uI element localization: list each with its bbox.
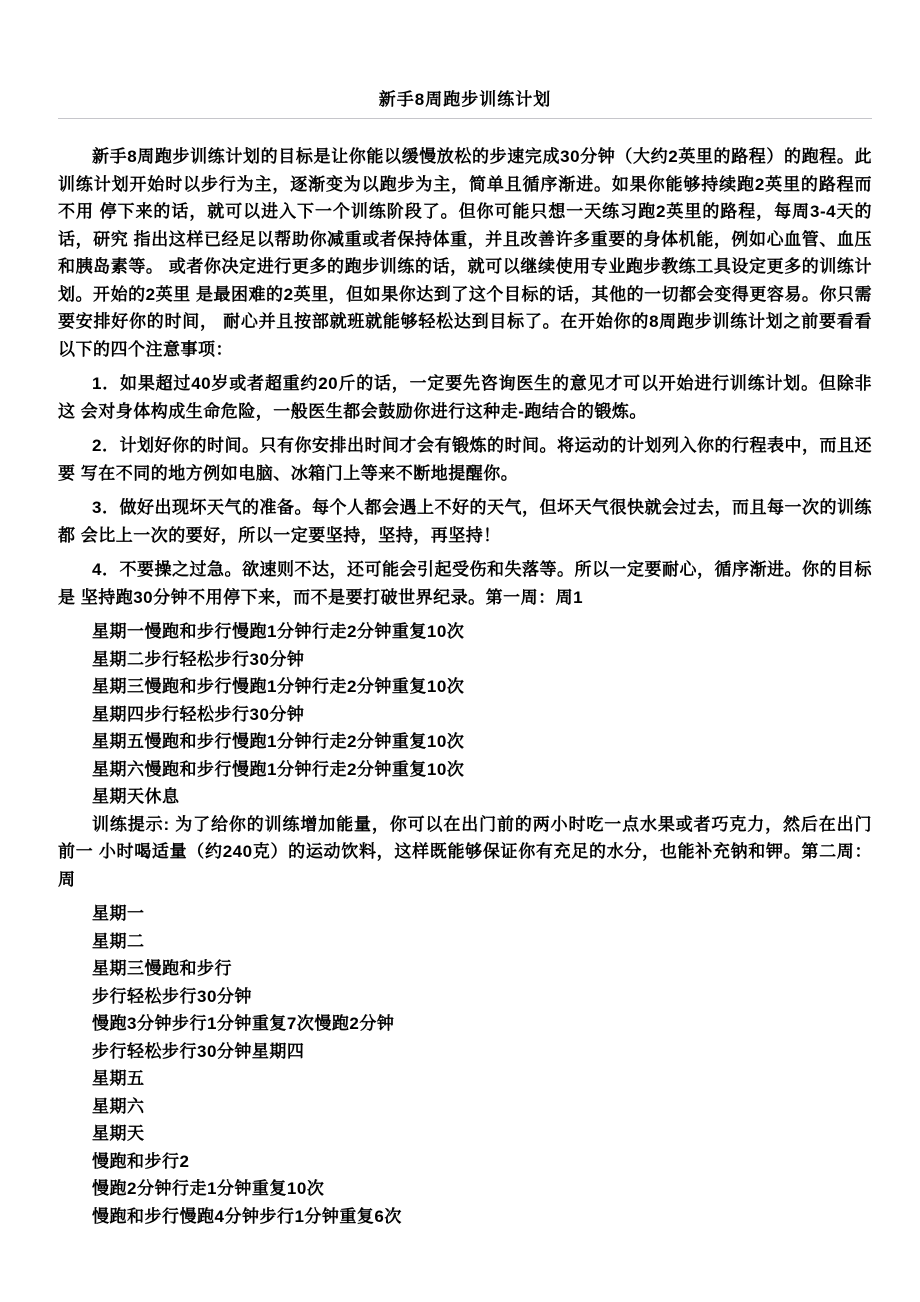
schedule-line: 星期二 <box>58 928 872 956</box>
paragraph: 3．做好出现坏天气的准备。每个人都会遇上不好的天气，但坏天气很快就会过去，而且每… <box>58 494 872 549</box>
schedule-line: 慢跑和步行2 <box>58 1148 872 1176</box>
doc-body: 新手8周跑步训练计划的目标是让你能以缓慢放松的步速完成30分钟（大约2英里的路程… <box>58 143 872 1230</box>
paragraph: 新手8周跑步训练计划的目标是让你能以缓慢放松的步速完成30分钟（大约2英里的路程… <box>58 143 872 363</box>
paragraph: 4．不要操之过急。欲速则不达，还可能会引起受伤和失落等。所以一定要耐心，循序渐进… <box>58 556 872 611</box>
schedule-line: 步行轻松步行30分钟 <box>58 983 872 1011</box>
doc-title: 新手8周跑步训练计划 <box>58 88 872 118</box>
schedule-line: 星期六慢跑和步行慢跑1分钟行走2分钟重复10次 <box>58 756 872 784</box>
schedule-line: 星期三慢跑和步行 <box>58 955 872 983</box>
paragraph: 2．计划好你的时间。只有你安排出时间才会有锻炼的时间。将运动的计划列入你的行程表… <box>58 432 872 487</box>
schedule-line: 星期一 <box>58 900 872 928</box>
document-page: 新手8周跑步训练计划 新手8周跑步训练计划的目标是让你能以缓慢放松的步速完成30… <box>0 0 920 1302</box>
schedule-line: 星期三慢跑和步行慢跑1分钟行走2分钟重复10次 <box>58 673 872 701</box>
schedule-line: 步行轻松步行30分钟星期四 <box>58 1038 872 1066</box>
schedule-line: 星期四步行轻松步行30分钟 <box>58 701 872 729</box>
schedule-line: 慢跑和步行慢跑4分钟步行1分钟重复6次 <box>58 1203 872 1231</box>
schedule-line: 星期一慢跑和步行慢跑1分钟行走2分钟重复10次 <box>58 618 872 646</box>
schedule-line: 星期天休息 <box>58 783 872 811</box>
title-divider <box>58 118 872 119</box>
schedule-line: 慢跑3分钟步行1分钟重复7次慢跑2分钟 <box>58 1010 872 1038</box>
schedule-line: 星期二步行轻松步行30分钟 <box>58 646 872 674</box>
schedule-line: 慢跑2分钟行走1分钟重复10次 <box>58 1175 872 1203</box>
schedule-line: 星期天 <box>58 1120 872 1148</box>
schedule-line: 星期五 <box>58 1065 872 1093</box>
paragraph: 训练提示: 为了给你的训练增加能量，你可以在出门前的两小时吃一点水果或者巧克力，… <box>58 811 872 894</box>
schedule-line: 星期五慢跑和步行慢跑1分钟行走2分钟重复10次 <box>58 728 872 756</box>
paragraph: 1．如果超过40岁或者超重约20斤的话，一定要先咨询医生的意见才可以开始进行训练… <box>58 370 872 425</box>
schedule-line: 星期六 <box>58 1093 872 1121</box>
